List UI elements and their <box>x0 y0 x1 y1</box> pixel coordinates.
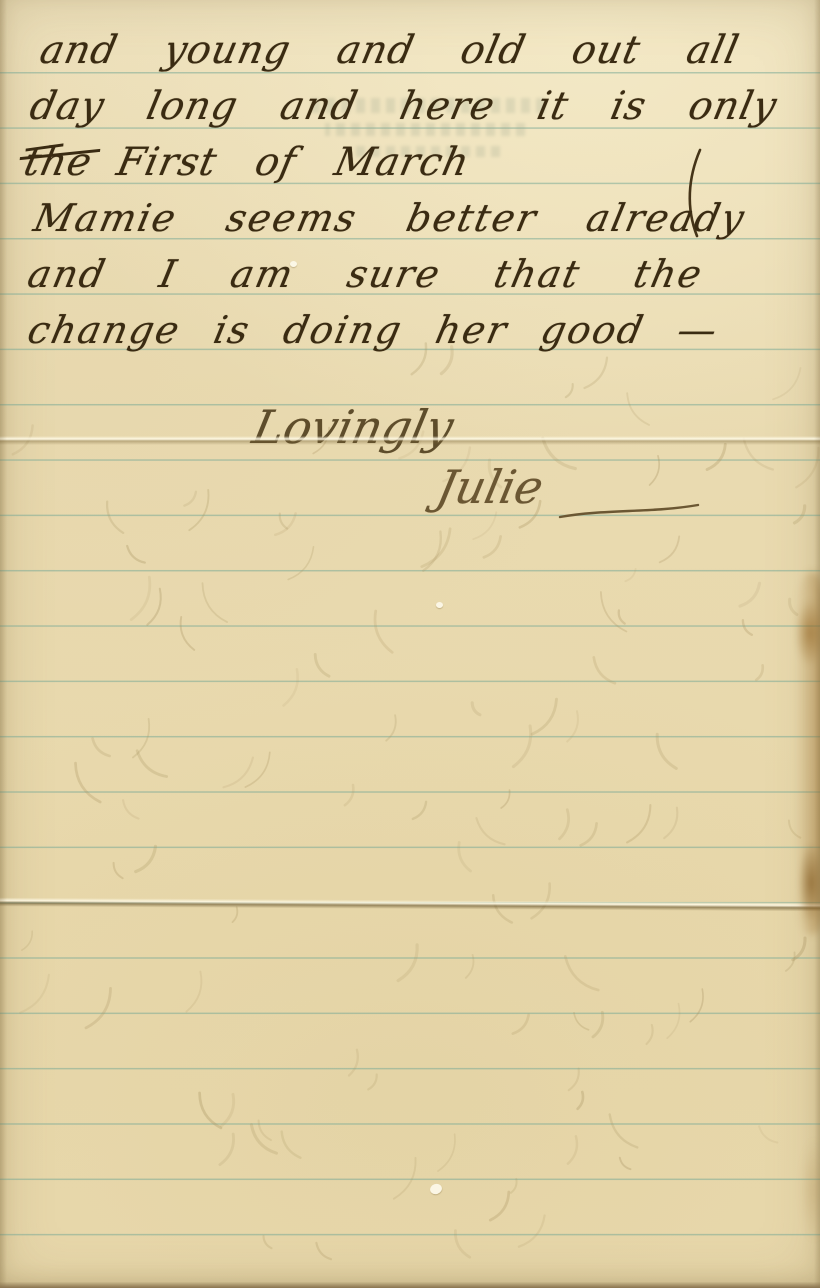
bleedthrough-stroke <box>484 537 501 558</box>
bleedthrough-stroke <box>131 577 150 620</box>
bleedthrough-stroke <box>438 1134 455 1171</box>
line-text: First of March <box>113 140 474 185</box>
line-text: day long and here it is only <box>26 84 781 129</box>
handwritten-line-6: change is doing her good — <box>24 308 723 352</box>
line-text: Mamie seems better already <box>30 196 750 240</box>
paper-edge-bottom <box>0 1282 820 1288</box>
closing-word: Lovingly <box>248 400 458 454</box>
handwritten-line-1: and young and old out all <box>36 28 743 73</box>
bleedthrough-stroke <box>284 669 298 705</box>
line-text: change is doing her good — <box>24 308 723 352</box>
bleedthrough-stroke <box>619 610 625 623</box>
bleedthrough-stroke <box>86 988 111 1028</box>
bleedthrough-stroke <box>647 1025 653 1044</box>
bleedthrough-stroke <box>627 393 649 425</box>
bleedthrough-stroke <box>473 512 496 539</box>
fold-crease-lower <box>0 897 820 911</box>
bleedthrough-stroke <box>795 506 805 523</box>
signature-name: Julie <box>432 460 548 514</box>
handwritten-line-4: Mamie seems better already <box>30 196 750 240</box>
bleedthrough-stroke <box>690 989 703 1022</box>
paper-speck <box>429 1182 444 1196</box>
paper-edge-left <box>0 0 7 1288</box>
bleedthrough-stroke <box>650 456 660 485</box>
bleedthrough-stroke <box>493 895 512 922</box>
bleedthrough-stroke <box>581 823 597 845</box>
bleedthrough-stroke <box>610 1114 638 1147</box>
bleedthrough-writing <box>0 0 820 1288</box>
bleedthrough-stroke <box>519 1216 545 1247</box>
letter-page: and young and old out all day long and h… <box>0 0 820 1288</box>
bleedthrough-stroke <box>147 589 160 625</box>
bleedthrough-stroke <box>625 569 635 581</box>
bleedthrough-stroke <box>490 1192 509 1220</box>
bleedthrough-stroke <box>133 719 149 758</box>
bleedthrough-stroke <box>288 547 313 580</box>
bleedthrough-stroke <box>184 492 196 506</box>
bleedthrough-stroke <box>627 805 650 842</box>
bleedthrough-stroke <box>593 1012 603 1037</box>
bleedthrough-stroke <box>221 1094 233 1126</box>
bleedthrough-stroke <box>259 1121 271 1140</box>
bleedthrough-stroke <box>349 1050 358 1076</box>
bleedthrough-stroke <box>181 617 195 650</box>
bleedthrough-stroke <box>664 808 677 838</box>
bleedthrough-stroke <box>316 1243 331 1259</box>
bleedthrough-stroke <box>127 546 145 563</box>
handwritten-line-5: and I am sure that the <box>24 252 707 296</box>
bleedthrough-stroke <box>532 884 550 919</box>
bleedthrough-stroke <box>744 439 773 470</box>
bleedthrough-stroke <box>394 1158 416 1199</box>
bleedthrough-stroke <box>660 536 680 562</box>
bleedthrough-stroke <box>560 810 569 839</box>
bleedthrough-stroke <box>756 665 763 680</box>
bleedthrough-stroke <box>233 907 238 922</box>
bleedthrough-stroke <box>567 711 578 741</box>
handwritten-line-3: theFirst of March <box>20 140 474 185</box>
bleedthrough-stroke <box>501 790 509 808</box>
bleedthrough-stroke <box>136 846 156 871</box>
bleedthrough-stroke <box>657 734 676 768</box>
stain-blob <box>796 1120 820 1260</box>
bleedthrough-stroke <box>793 938 805 960</box>
handwritten-line-2: day long and here it is only <box>26 84 781 129</box>
bleedthrough-stroke <box>413 802 426 819</box>
bleedthrough-stroke <box>472 703 480 715</box>
line-text: and young and old out all <box>36 28 743 73</box>
signature-flourish <box>560 505 698 517</box>
bleedthrough-stroke <box>22 931 32 950</box>
bleedthrough-stroke <box>789 821 800 838</box>
bleedthrough-stroke <box>245 752 269 787</box>
stain-blob <box>794 828 820 938</box>
bleedthrough-stroke <box>386 715 396 741</box>
paper-speck <box>436 602 443 608</box>
bleedthrough-stroke <box>569 1069 579 1091</box>
bleedthrough-stroke <box>773 368 800 399</box>
bleedthrough-stroke <box>203 583 228 622</box>
bleedthrough-stroke <box>375 611 392 652</box>
bleedthrough-stroke <box>532 699 556 734</box>
bleedthrough-stroke <box>513 1015 529 1034</box>
bleedthrough-stroke <box>189 490 208 530</box>
bleedthrough-stroke <box>93 739 110 757</box>
bleedthrough-stroke <box>568 1136 577 1163</box>
bleedthrough-stroke <box>594 657 615 683</box>
bleedthrough-stroke <box>466 955 474 978</box>
bleedthrough-stroke <box>786 952 795 971</box>
bleedthrough-stroke <box>186 972 201 1012</box>
bleedthrough-stroke <box>565 956 598 990</box>
bleedthrough-stroke <box>137 751 166 777</box>
bleedthrough-stroke <box>459 843 471 872</box>
bleedthrough-stroke <box>578 1092 583 1109</box>
bleedthrough-stroke <box>511 1179 517 1193</box>
bleedthrough-stroke <box>398 945 417 981</box>
struck-word: the <box>20 140 96 185</box>
bleedthrough-stroke <box>574 1013 589 1030</box>
bleedthrough-stroke <box>76 763 101 802</box>
bleedthrough-stroke <box>114 863 123 878</box>
bleedthrough-stroke <box>476 818 504 844</box>
bleedthrough-stroke <box>585 358 608 388</box>
bleedthrough-stroke <box>422 529 450 567</box>
bleedthrough-stroke <box>796 448 818 487</box>
bleedthrough-stroke <box>275 513 295 534</box>
bleedthrough-stroke <box>707 444 725 469</box>
bleedthrough-stroke <box>455 1231 469 1258</box>
bleedthrough-stroke <box>20 975 49 1013</box>
bleedthrough-stroke <box>107 502 123 533</box>
bleedthrough-stroke <box>280 514 287 529</box>
bleedthrough-stroke <box>566 384 573 397</box>
bleedthrough-stroke <box>282 1132 301 1158</box>
bleedthrough-stroke <box>220 1134 234 1165</box>
bleedthrough-stroke <box>620 1158 631 1170</box>
bleedthrough-stroke <box>315 655 329 677</box>
bleedthrough-stroke <box>740 583 760 606</box>
bleedthrough-stroke <box>224 758 253 788</box>
bleedthrough-stroke <box>743 620 752 635</box>
bleedthrough-stroke <box>601 592 627 632</box>
bleedthrough-stroke <box>759 1126 777 1142</box>
line-text: and I am sure that the <box>24 252 707 296</box>
bleedthrough-stroke <box>200 1093 221 1128</box>
bleedthrough-stroke <box>667 1004 679 1039</box>
bleedthrough-stroke <box>251 1125 276 1154</box>
bleedthrough-stroke <box>345 785 353 805</box>
bleedthrough-stroke <box>423 532 441 571</box>
stain-blob <box>790 588 820 678</box>
bleedthrough-stroke <box>513 726 530 767</box>
bleedthrough-stroke <box>13 426 33 455</box>
bleedthrough-stroke <box>543 438 576 468</box>
bleedthrough-stroke <box>123 800 139 818</box>
bleedthrough-stroke <box>264 1236 272 1248</box>
bleedthrough-stroke <box>368 1075 376 1090</box>
